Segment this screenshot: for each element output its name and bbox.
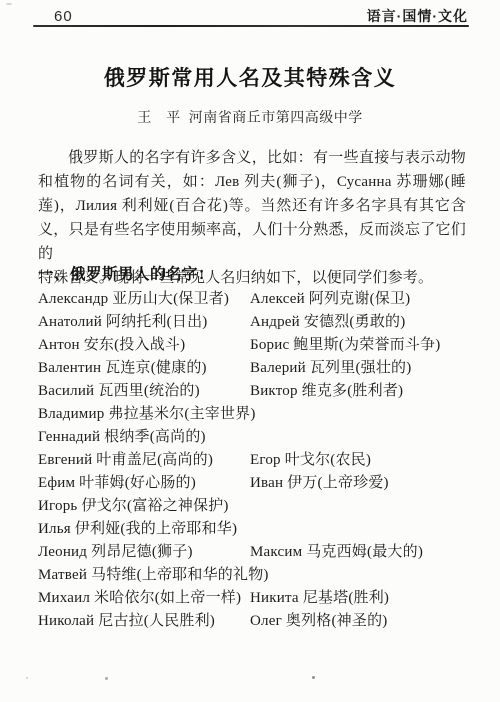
- name-entry-left: Валентин 瓦连京(健康的): [38, 357, 250, 380]
- name-entry-right: Алексей 阿列克谢(保卫): [250, 288, 410, 311]
- name-row: Илья 伊利娅(我的上帝耶和华): [38, 518, 478, 541]
- scan-speck: [6, 3, 12, 5]
- name-row: Леонид 列昂尼德(狮子)Максим 马克西姆(最大的): [38, 541, 478, 564]
- scan-speck: [312, 676, 315, 679]
- name-entry-right: Валерий 瓦列里(强壮的): [250, 357, 411, 380]
- name-list: Александр 亚历山大(保卫者)Алексей 阿列克谢(保卫)Анато…: [38, 288, 478, 633]
- name-row: Анатолий 阿纳托利(日出)Андрей 安德烈(勇敢的): [38, 311, 478, 334]
- name-entry-right: Олег 奥列格(神圣的): [250, 610, 387, 633]
- name-entry-right: Борис 鲍里斯(为荣誉而斗争): [250, 334, 440, 357]
- name-row: Евгений 叶甫盖尼(高尚的)Егор 叶戈尔(农民): [38, 449, 478, 472]
- name-row: Игорь 伊戈尔(富裕之神保护): [38, 495, 478, 518]
- name-entry-left: Анатолий 阿纳托利(日出): [38, 311, 250, 334]
- name-row: Геннадий 根纳季(高尚的): [38, 426, 478, 449]
- name-entry-left: Геннадий 根纳季(高尚的): [38, 426, 250, 449]
- name-entry-right: Егор 叶戈尔(农民): [250, 449, 371, 472]
- name-row: Антон 安东(投入战斗)Борис 鲍里斯(为荣誉而斗争): [38, 334, 478, 357]
- paragraph-line: 和植物的名词有关，如：Лев 列夫(狮子)，Сусанна 苏珊娜(睡: [38, 170, 466, 194]
- name-entry-left: Антон 安东(投入战斗): [38, 334, 250, 357]
- name-row: Василий 瓦西里(统治的)Виктор 维克多(胜利者): [38, 380, 478, 403]
- name-row: Ефим 叶菲姆(好心肠的)Иван 伊万(上帝珍爱): [38, 472, 478, 495]
- author-name: 王 平: [137, 111, 181, 126]
- name-entry-right: Максим 马克西姆(最大的): [250, 541, 423, 564]
- name-entry-right: Андрей 安德烈(勇敢的): [250, 311, 405, 334]
- scan-speck: [105, 677, 108, 680]
- name-entry-left: Евгений 叶甫盖尼(高尚的): [38, 449, 250, 472]
- page-number: 60: [33, 8, 73, 25]
- byline: 王 平河南省商丘市第四高级中学: [0, 107, 500, 127]
- name-row: Александр 亚历山大(保卫者)Алексей 阿列克谢(保卫): [38, 288, 478, 311]
- scan-speck: [26, 677, 28, 679]
- name-entry-left: Игорь 伊戈尔(富裕之神保护): [38, 495, 250, 518]
- name-row: Матвей 马特维(上帝耶和华的礼物): [38, 564, 478, 587]
- name-entry-left: Матвей 马特维(上帝耶和华的礼物): [38, 564, 269, 587]
- name-entry-left: Леонид 列昂尼德(狮子): [38, 541, 250, 564]
- name-entry-right: Виктор 维克多(胜利者): [250, 380, 403, 403]
- name-entry-left: Михаил 米哈依尔(如上帝一样): [38, 587, 250, 610]
- section-heading: 一、俄罗斯男人的名字：: [38, 262, 214, 284]
- name-entry-left: Ефим 叶菲姆(好心肠的): [38, 472, 250, 495]
- name-row: Николай 尼古拉(人民胜利)Олег 奥列格(神圣的): [38, 610, 478, 633]
- author-affiliation: 河南省商丘市第四高级中学: [189, 111, 363, 126]
- name-row: Михаил 米哈依尔(如上帝一样)Никита 尼基塔(胜利): [38, 587, 478, 610]
- header-rule: [33, 25, 469, 27]
- journal-title: 语言·国情·文化: [367, 6, 468, 26]
- name-entry-left: Александр 亚历山大(保卫者): [38, 288, 250, 311]
- name-entry-left: Владимир 弗拉基米尔(主宰世界): [38, 403, 256, 426]
- name-entry-left: Николай 尼古拉(人民胜利): [38, 610, 250, 633]
- name-entry-left: Василий 瓦西里(统治的): [38, 380, 250, 403]
- paragraph-line: 俄罗斯人的名字有许多含义，比如：有一些直接与表示动物: [38, 146, 466, 170]
- paragraph-line: 莲)，Лилия 利利娅(百合花)等。当然还有许多名字具有其它含: [38, 194, 466, 218]
- page-header: 60 语言·国情·文化: [33, 6, 468, 26]
- name-row: Владимир 弗拉基米尔(主宰世界): [38, 403, 478, 426]
- paragraph-line: 义，只是有些名字使用频率高，人们十分熟悉，反而淡忘了它们的: [38, 218, 466, 266]
- name-entry-left: Илья 伊利娅(我的上帝耶和华): [38, 518, 250, 541]
- name-entry-right: Иван 伊万(上帝珍爱): [250, 472, 389, 495]
- scanned-page: 60 语言·国情·文化 俄罗斯常用人名及其特殊含义 王 平河南省商丘市第四高级中…: [0, 0, 500, 702]
- article-title: 俄罗斯常用人名及其特殊含义: [0, 62, 500, 92]
- name-entry-right: Никита 尼基塔(胜利): [250, 587, 389, 610]
- name-row: Валентин 瓦连京(健康的)Валерий 瓦列里(强壮的): [38, 357, 478, 380]
